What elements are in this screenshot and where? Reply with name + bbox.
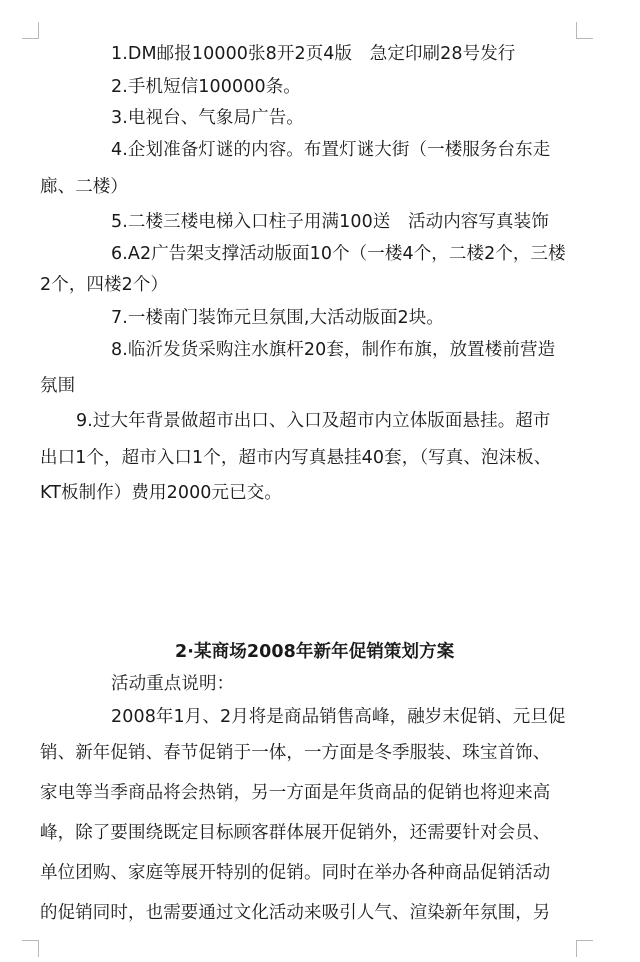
list-item: 9.过大年背景做超市出口、入口及超市内立体版面悬挂。超市 bbox=[76, 410, 551, 432]
list-item: 6.A2广告架支撑活动版面10个（一楼4个，二楼2个，三楼 bbox=[111, 243, 566, 265]
list-item-continuation: 氛围 bbox=[40, 375, 75, 397]
list-item-continuation: 廊、二楼） bbox=[40, 176, 128, 198]
page-corner-mark-bottom-left bbox=[22, 940, 39, 957]
page-corner-mark-top-right bbox=[576, 22, 593, 39]
list-item-continuation: 出口1个，超市入口1个，超市内写真悬挂40套，（写真、泡沫板、 bbox=[40, 447, 551, 469]
paragraph-line: 2008年1月、2月将是商品销售高峰，融岁末促销、元旦促 bbox=[111, 706, 566, 728]
list-item-continuation: KT板制作）费用2000元已交。 bbox=[40, 482, 282, 504]
list-item: 5.二楼三楼电梯入口柱子用满100送 活动内容写真装饰 bbox=[111, 211, 549, 233]
paragraph-line: 峰，除了要围绕既定目标顾客群体展开促销外，还需要针对会员、 bbox=[40, 822, 550, 844]
paragraph-line: 销、新年促销、春节促销于一体，一方面是冬季服装、珠宝首饰、 bbox=[40, 742, 550, 764]
subheading: 活动重点说明： bbox=[111, 673, 234, 695]
list-item: 1.DM邮报10000张8开2页4版 急定印刷28号发行 bbox=[111, 43, 515, 65]
page-corner-mark-bottom-right bbox=[576, 940, 593, 957]
page-corner-mark-top-left bbox=[22, 22, 39, 39]
paragraph-line: 家电等当季商品将会热销，另一方面是年货商品的促销也将迎来高 bbox=[40, 782, 550, 804]
list-item: 2.手机短信100000条。 bbox=[111, 76, 301, 98]
list-item: 7.一楼南门装饰元旦氛围,大活动版面2块。 bbox=[111, 307, 444, 329]
paragraph-line: 的促销同时，也需要通过文化活动来吸引人气、渲染新年氛围，另 bbox=[40, 902, 550, 924]
list-item: 8.临沂发货采购注水旗杆20套，制作布旗，放置楼前营造 bbox=[111, 339, 555, 361]
paragraph-line: 单位团购、家庭等展开特别的促销。同时在举办各种商品促销活动 bbox=[40, 862, 550, 884]
section-title: 2·某商场2008年新年促销策划方案 bbox=[175, 641, 454, 663]
list-item-continuation: 2个，四楼2个） bbox=[40, 274, 168, 296]
list-item: 3.电视台、气象局广告。 bbox=[111, 107, 304, 129]
list-item: 4.企划准备灯谜的内容。布置灯谜大街（一楼服务台东走 bbox=[111, 139, 550, 161]
